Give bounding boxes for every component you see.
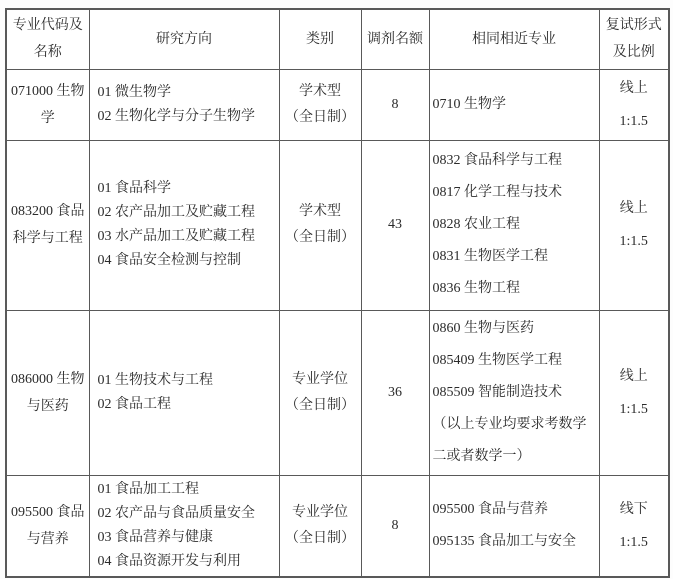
table-row: 086000 生物 与医药 01 生物技术与工程 02 食品工程 专业学位 （全… <box>6 310 669 475</box>
header-text-line: 专业代码及 <box>7 12 89 39</box>
text-line: 095135 食品加工与安全 <box>433 526 597 558</box>
retest-form-cell: 线上 1:1.5 <box>599 140 669 310</box>
text-line: 学术型 <box>280 199 361 225</box>
text-line: 03 食品营养与健康 <box>98 526 277 550</box>
category-cell: 专业学位 （全日制） <box>279 475 361 577</box>
text-line: 1:1.5 <box>600 393 669 426</box>
header-text-line: 调剂名额 <box>362 26 429 53</box>
text-line: 0832 食品科学与工程 <box>433 145 597 177</box>
text-line: （全日制） <box>280 526 361 552</box>
research-directions-cell: 01 食品科学 02 农产品加工及贮藏工程 03 水产品加工及贮藏工程 04 食… <box>89 140 279 310</box>
header-program-code: 专业代码及 名称 <box>6 9 89 69</box>
similar-majors-cell: 0860 生物与医药 085409 生物医学工程 085509 智能制造技术 （… <box>429 310 599 475</box>
text-line: （全日制） <box>280 225 361 251</box>
text-line: 01 食品加工工程 <box>98 478 277 502</box>
text-line: （全日制） <box>280 393 361 419</box>
category-cell: 专业学位 （全日制） <box>279 310 361 475</box>
header-text-line: 研究方向 <box>90 26 279 53</box>
program-code-cell: 071000 生物 学 <box>6 69 89 140</box>
text-line: 085509 智能制造技术 <box>433 377 597 409</box>
program-code-cell: 086000 生物 与医药 <box>6 310 89 475</box>
text-line: 02 生物化学与分子生物学 <box>98 105 277 129</box>
header-text-line: 名称 <box>7 39 89 66</box>
research-directions-cell: 01 食品加工工程 02 农产品与食品质量安全 03 食品营养与健康 04 食品… <box>89 475 279 577</box>
text-line: 8 <box>362 516 429 536</box>
text-line: 线上 <box>600 360 669 393</box>
text-line: （以上专业均要求考数学二或者数学一） <box>433 409 597 473</box>
text-line: 线上 <box>600 72 669 105</box>
text-line: 095500 食品与营养 <box>433 494 597 526</box>
text-line: 03 水产品加工及贮藏工程 <box>98 225 277 249</box>
text-line: 0828 农业工程 <box>433 209 597 241</box>
text-line: 0836 生物工程 <box>433 273 597 305</box>
text-line: 学术型 <box>280 79 361 105</box>
text-line: 专业学位 <box>280 500 361 526</box>
retest-form-cell: 线上 1:1.5 <box>599 310 669 475</box>
header-text-line: 类别 <box>280 26 361 53</box>
text-line: 01 微生物学 <box>98 81 277 105</box>
text-line: 专业学位 <box>280 367 361 393</box>
quota-cell: 8 <box>361 475 429 577</box>
text-line: 1:1.5 <box>600 526 669 559</box>
text-line: 1:1.5 <box>600 105 669 138</box>
text-line: 083200 食品 <box>7 198 89 225</box>
text-line: 0831 生物医学工程 <box>433 241 597 273</box>
header-retest-form: 复试形式 及比例 <box>599 9 669 69</box>
text-line: 02 农产品加工及贮藏工程 <box>98 201 277 225</box>
header-text-line: 及比例 <box>600 39 669 66</box>
text-line: 0710 生物学 <box>433 89 597 121</box>
retest-form-cell: 线下 1:1.5 <box>599 475 669 577</box>
text-line: 与营养 <box>7 526 89 553</box>
transfer-quota-table: 专业代码及 名称 研究方向 类别 调剂名额 相同相近专业 复试形式 及比例 <box>5 8 670 578</box>
research-directions-cell: 01 微生物学 02 生物化学与分子生物学 <box>89 69 279 140</box>
text-line: 与医药 <box>7 393 89 420</box>
text-line: 01 生物技术与工程 <box>98 369 277 393</box>
quota-cell: 8 <box>361 69 429 140</box>
text-line: 02 食品工程 <box>98 393 277 417</box>
header-similar-majors: 相同相近专业 <box>429 9 599 69</box>
table-row: 083200 食品 科学与工程 01 食品科学 02 农产品加工及贮藏工程 03… <box>6 140 669 310</box>
header-research-directions: 研究方向 <box>89 9 279 69</box>
retest-form-cell: 线上 1:1.5 <box>599 69 669 140</box>
text-line: 科学与工程 <box>7 225 89 252</box>
similar-majors-cell: 0710 生物学 <box>429 69 599 140</box>
program-code-cell: 095500 食品 与营养 <box>6 475 89 577</box>
text-line: 01 食品科学 <box>98 177 277 201</box>
text-line: 43 <box>362 215 429 235</box>
text-line: 1:1.5 <box>600 225 669 258</box>
category-cell: 学术型 （全日制） <box>279 69 361 140</box>
research-directions-cell: 01 生物技术与工程 02 食品工程 <box>89 310 279 475</box>
text-line: 0860 生物与医药 <box>433 313 597 345</box>
text-line: 0817 化学工程与技术 <box>433 177 597 209</box>
text-line: 线上 <box>600 192 669 225</box>
table-row: 095500 食品 与营养 01 食品加工工程 02 农产品与食品质量安全 03… <box>6 475 669 577</box>
quota-cell: 43 <box>361 140 429 310</box>
text-line: （全日制） <box>280 105 361 131</box>
similar-majors-cell: 095500 食品与营养 095135 食品加工与安全 <box>429 475 599 577</box>
header-row: 专业代码及 名称 研究方向 类别 调剂名额 相同相近专业 复试形式 及比例 <box>6 9 669 69</box>
header-text-line: 复试形式 <box>600 12 669 39</box>
table-row: 071000 生物 学 01 微生物学 02 生物化学与分子生物学 学术型 （全… <box>6 69 669 140</box>
quota-cell: 36 <box>361 310 429 475</box>
header-quota: 调剂名额 <box>361 9 429 69</box>
text-line: 086000 生物 <box>7 366 89 393</box>
text-line: 095500 食品 <box>7 499 89 526</box>
text-line: 071000 生物 <box>7 78 89 105</box>
text-line: 04 食品资源开发与利用 <box>98 550 277 574</box>
text-line: 学 <box>7 105 89 132</box>
category-cell: 学术型 （全日制） <box>279 140 361 310</box>
text-line: 线下 <box>600 493 669 526</box>
similar-majors-cell: 0832 食品科学与工程 0817 化学工程与技术 0828 农业工程 0831… <box>429 140 599 310</box>
header-category: 类别 <box>279 9 361 69</box>
text-line: 02 农产品与食品质量安全 <box>98 502 277 526</box>
text-line: 085409 生物医学工程 <box>433 345 597 377</box>
text-line: 36 <box>362 383 429 403</box>
text-line: 8 <box>362 95 429 115</box>
text-line: 04 食品安全检测与控制 <box>98 249 277 273</box>
header-text-line: 相同相近专业 <box>430 26 599 53</box>
program-code-cell: 083200 食品 科学与工程 <box>6 140 89 310</box>
